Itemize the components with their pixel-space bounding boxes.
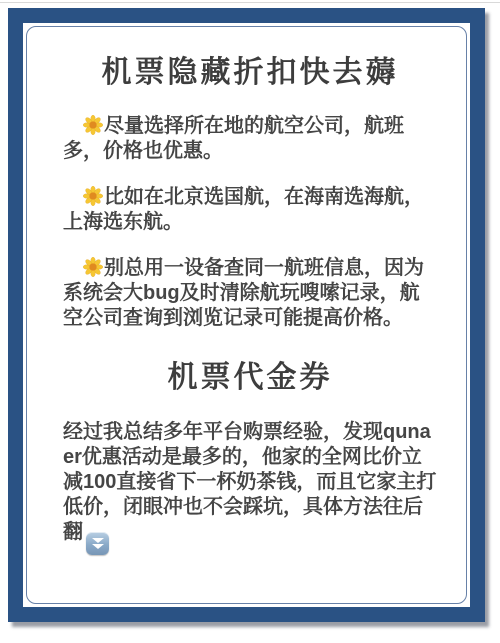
tip-text: 比如在北京选国航，在海南选海航，上海选东航。 xyxy=(63,186,424,233)
poster-frame: 机票隐藏折扣快去薅 尽量选择所在地的航空公司，航班多，价格也优惠。 比如在北京选… xyxy=(8,8,485,622)
blossom-flower-icon xyxy=(83,186,103,206)
screenshot-top-divider xyxy=(0,2,500,3)
voucher-text: 经过我总结多年平台购票经验，发现qunaer优惠活动是最多的，他家的全网比价立减… xyxy=(63,421,436,543)
voucher-title: 机票代金券 xyxy=(63,359,437,396)
blossom-flower-icon xyxy=(83,115,103,135)
main-title: 机票隐藏折扣快去薅 xyxy=(63,54,437,91)
voucher-paragraph: 经过我总结多年平台购票经验，发现qunaer优惠活动是最多的，他家的全网比价立减… xyxy=(63,420,437,555)
poster-content: 机票隐藏折扣快去薅 尽量选择所在地的航空公司，航班多，价格也优惠。 比如在北京选… xyxy=(23,23,470,607)
tip-item-2: 比如在北京选国航，在海南选海航，上海选东航。 xyxy=(63,185,437,235)
fast-down-button-icon xyxy=(86,532,109,555)
tip-text: 别总用一设备查同一航班信息，因为系统会大bug及时清除航玩嗖嗦记录，航空公司查询… xyxy=(63,257,424,329)
tip-item-1: 尽量选择所在地的航空公司，航班多，价格也优惠。 xyxy=(63,114,437,164)
blossom-flower-icon xyxy=(83,257,103,277)
tip-text: 尽量选择所在地的航空公司，航班多，价格也优惠。 xyxy=(63,115,404,162)
tip-item-3: 别总用一设备查同一航班信息，因为系统会大bug及时清除航玩嗖嗦记录，航空公司查询… xyxy=(63,256,437,331)
